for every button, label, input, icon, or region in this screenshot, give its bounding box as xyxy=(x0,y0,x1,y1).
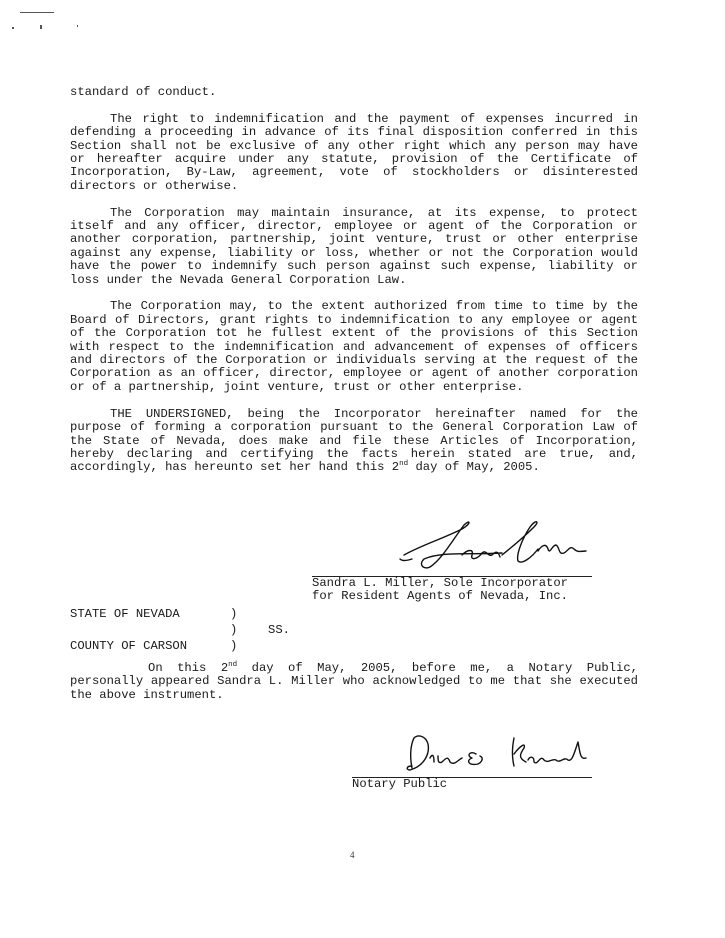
paragraph-undersigned: THE UNDERSIGNED, being the Incorporator … xyxy=(70,408,638,475)
venue-bracket: ) xyxy=(230,608,268,624)
paragraph-insurance: The Corporation may maintain insurance, … xyxy=(70,207,638,287)
opening-fragment: standard of conduct. xyxy=(70,86,638,99)
scan-artifact-dot xyxy=(77,25,78,27)
paragraph-employee-indemnification: The Corporation may, to the extent autho… xyxy=(70,300,638,394)
scan-artifact-dot xyxy=(12,27,14,29)
venue-state: STATE OF NEVADA xyxy=(70,608,230,624)
paragraph-non-exclusivity: The right to indemnification and the pay… xyxy=(70,113,638,193)
venue-bracket: ) xyxy=(230,640,268,656)
incorporator-signature-block: Sandra L. Miller, Sole Incorporator for … xyxy=(312,515,592,604)
notary-text-start: On this 2 xyxy=(148,661,228,675)
notary-signature xyxy=(352,732,592,772)
notary-acknowledgment: On this 2nd day of May, 2005, before me,… xyxy=(70,662,638,702)
venue-block: STATE OF NEVADA ) ) SS. COUNTY OF CARSON… xyxy=(70,608,290,656)
incorporator-signature xyxy=(312,515,592,571)
undersigned-text: THE UNDERSIGNED, being the Incorporator … xyxy=(70,407,638,475)
page-number: 4 xyxy=(350,850,355,860)
notary-signature-block: Notary Public xyxy=(352,732,592,791)
ordinal-suffix: nd xyxy=(228,661,237,669)
undersigned-date: day of May, 2005. xyxy=(408,460,540,474)
document-body: standard of conduct. The right to indemn… xyxy=(70,86,638,488)
notary-public-label: Notary Public xyxy=(352,778,592,791)
incorporator-name-title: Sandra L. Miller, Sole Incorporator xyxy=(312,577,592,590)
venue-county: COUNTY OF CARSON xyxy=(70,640,230,656)
venue-bracket: ) xyxy=(230,624,268,640)
ordinal-suffix: nd xyxy=(399,460,408,468)
scan-artifact-dot xyxy=(40,25,42,29)
incorporator-organization: for Resident Agents of Nevada, Inc. xyxy=(312,590,592,603)
scan-artifact-line xyxy=(20,12,54,13)
venue-ss: SS. xyxy=(268,624,290,640)
